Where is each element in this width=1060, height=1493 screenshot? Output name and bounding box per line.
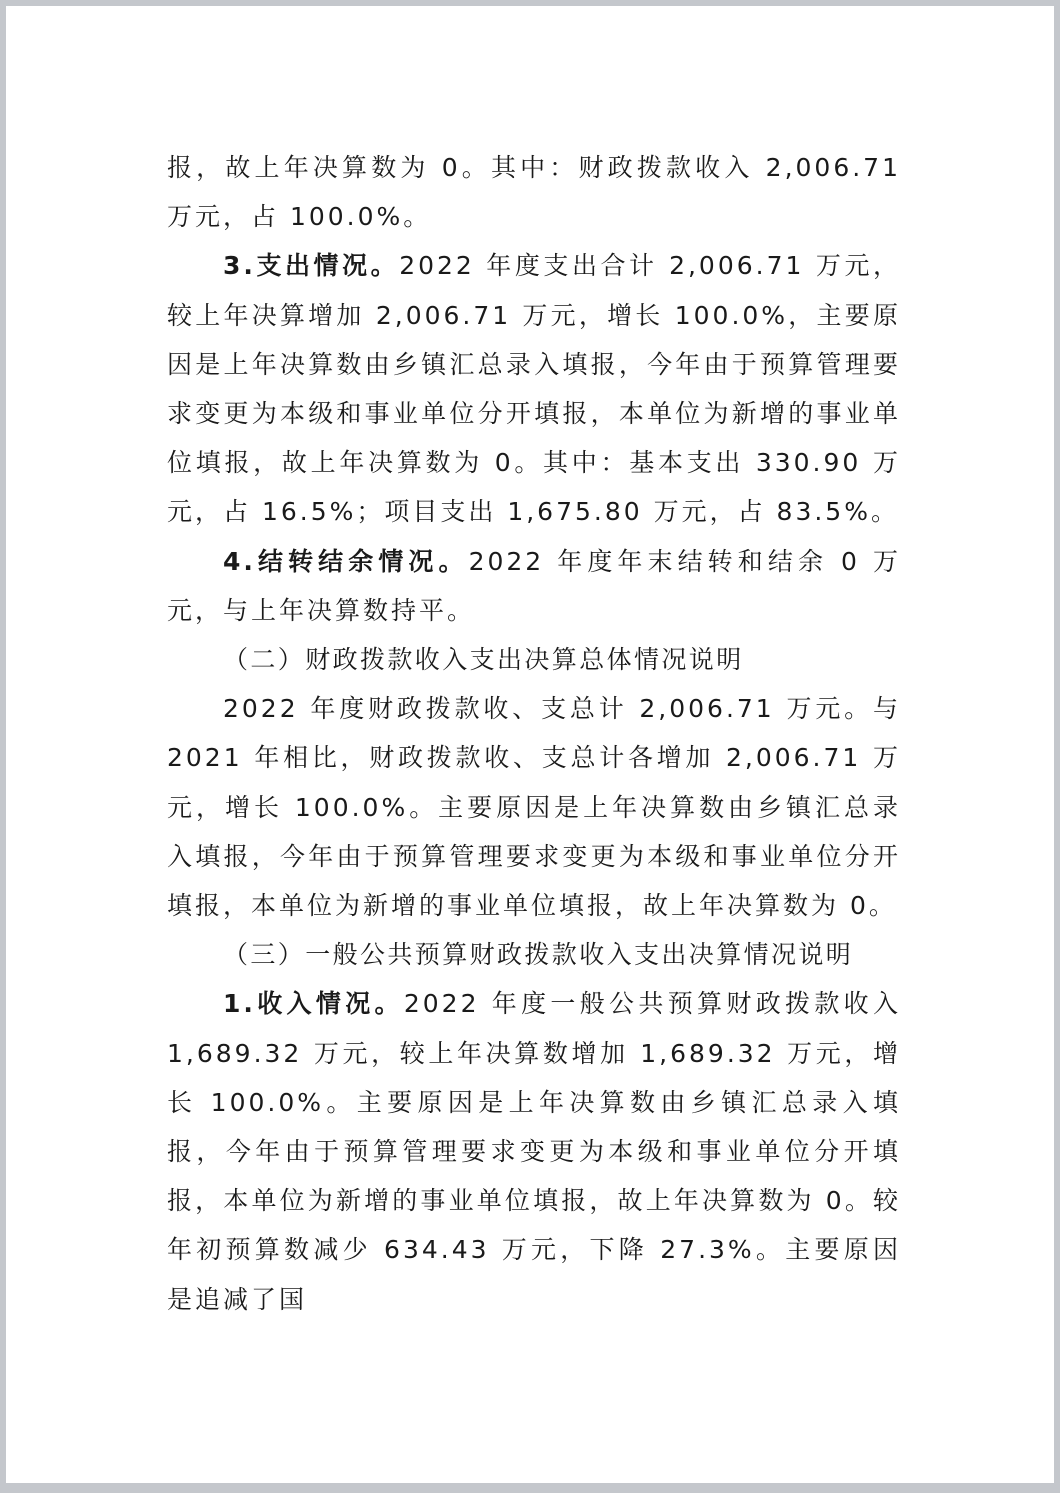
expenditure-lead: 3.支出情况。 — [223, 251, 399, 280]
paragraph-section-2-body: 2022 年度财政拨款收、支总计 2,006.71 万元。与 2021 年相比，… — [167, 684, 901, 930]
expenditure-text: 2022 年度支出合计 2,006.71 万元，较上年决算增加 2,006.71… — [167, 251, 901, 526]
section-3-income-text: 2022 年度一般公共预算财政拨款收入 1,689.32 万元，较上年决算数增加… — [167, 989, 901, 1313]
paragraph-expenditure: 3.支出情况。2022 年度支出合计 2,006.71 万元，较上年决算增加 2… — [167, 241, 901, 536]
section-3-income-lead: 1.收入情况。 — [223, 989, 404, 1018]
document-body: 报，故上年决算数为 0。其中：财政拨款收入 2,006.71 万元，占 100.… — [167, 143, 901, 1324]
carryover-lead: 4.结转结余情况。 — [223, 547, 469, 576]
document-page: 报，故上年决算数为 0。其中：财政拨款收入 2,006.71 万元，占 100.… — [6, 6, 1054, 1483]
section-heading-2: （二）财政拨款收入支出决算总体情况说明 — [167, 635, 901, 684]
paragraph-carryover: 4.结转结余情况。2022 年度年末结转和结余 0 万元，与上年决算数持平。 — [167, 537, 901, 635]
paragraph-income-summary-tail: 报，故上年决算数为 0。其中：财政拨款收入 2,006.71 万元，占 100.… — [167, 143, 901, 241]
paragraph-section-3-income: 1.收入情况。2022 年度一般公共预算财政拨款收入 1,689.32 万元，较… — [167, 979, 901, 1323]
section-heading-3: （三）一般公共预算财政拨款收入支出决算情况说明 — [167, 930, 901, 979]
